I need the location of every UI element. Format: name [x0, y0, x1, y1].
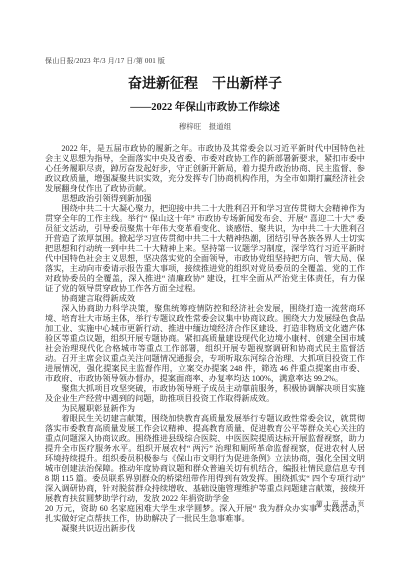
article-body: 2022 年，是五届市政协的履新之年。市政协及其常委会以习近平新时代中国特色社会…	[45, 144, 365, 534]
section-heading: 凝聚共识迈出新步伐	[45, 524, 365, 534]
section-heading: 为民履职彰显新作为	[45, 404, 365, 414]
article-paragraph: 着眼民生关切建言献策，围绕加快教育高质量发展举行专题议政性常委会议，就贯彻落实市…	[45, 414, 365, 504]
edition-meta: 保山日报/2023 年/3 月/17 日/第 001 版	[45, 57, 365, 66]
page-content: 保山日报/2023 年/3 月/17 日/第 001 版 奋进新征程 干出新样子…	[45, 57, 365, 534]
page-number-footer: 第 1 页 共 2 页	[316, 499, 365, 509]
article-paragraph: 深入协商助力科学决策，聚焦统筹疫情防控和经济社会发展，围绕打造一流营商环境、培育…	[45, 304, 365, 384]
article-title: 奋进新征程 干出新样子	[45, 77, 365, 93]
section-heading: 思想政治引领得到新加强	[45, 194, 365, 204]
article-paragraph: 2022 年，是五届市政协的履新之年。市政协及其常委会以习近平新时代中国特色社会…	[45, 144, 365, 194]
article-subtitle: ——2022 年保山市政协工作综述	[45, 102, 365, 114]
article-byline: 穆梓旺 报道组	[45, 122, 365, 131]
article-paragraph: 围绕中共二十大凝心聚力，把迎接中共二十大胜利召开和学习宣传贯彻大会精神作为贯穿全…	[45, 204, 365, 294]
article-paragraph: 聚焦大抓项目攻坚突破，市政协领导班子成员主动靠前服务，积极协调解决项目实施及企业…	[45, 384, 365, 404]
newspaper-page: 保山日报/2023 年/3 月/17 日/第 001 版 奋进新征程 干出新样子…	[0, 0, 410, 580]
section-heading: 协商建言取得新成效	[45, 294, 365, 304]
